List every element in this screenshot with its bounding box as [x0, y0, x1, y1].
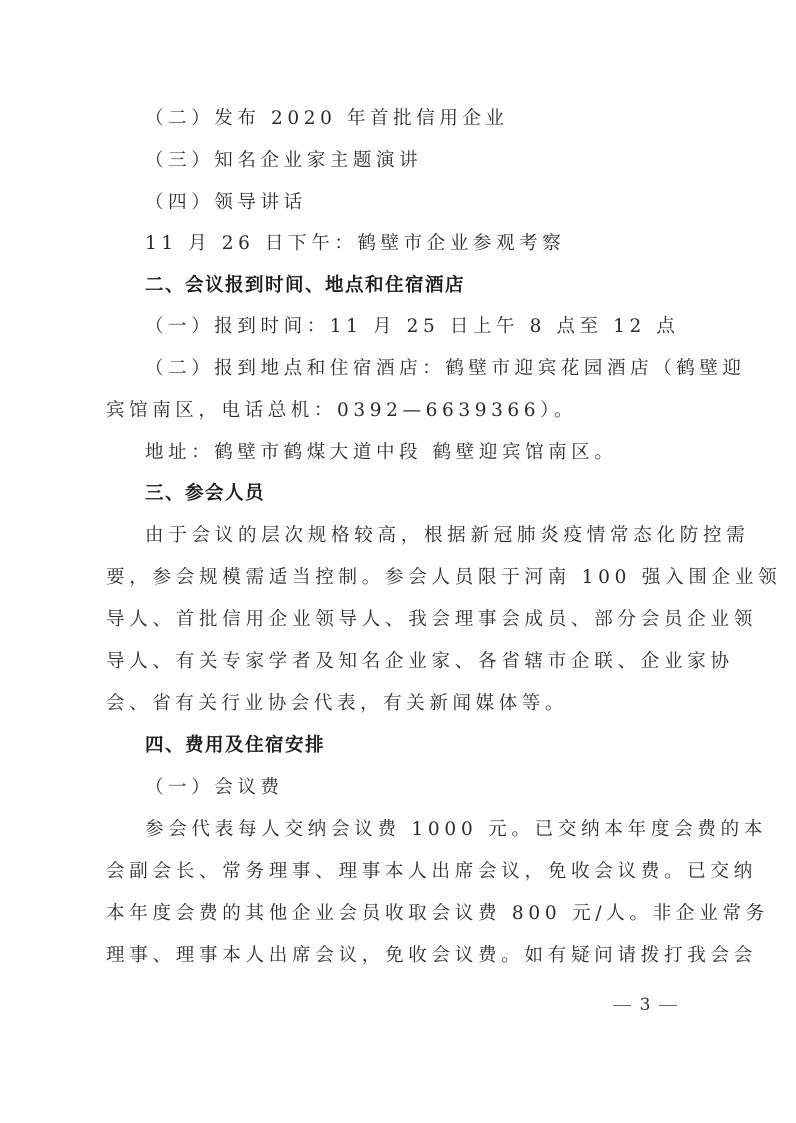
- registration-location-continued: 宾馆南区，电话总机：0392—6639366）。: [106, 396, 692, 426]
- fee-paragraph-line-2: 会副会长、常务理事、理事本人出席会议，免收会议费。已交纳: [106, 857, 692, 887]
- attendees-paragraph-line-1: 由于会议的层次规格较高，根据新冠肺炎疫情常态化防控需: [145, 521, 692, 551]
- page-number-dash-left: [613, 1005, 631, 1006]
- page-number-value: 3: [640, 995, 651, 1015]
- document-page: （二）发布 2020 年首批信用企业 （三）知名企业家主题演讲 （四）领导讲话 …: [0, 0, 796, 1123]
- hotel-address: 地址：鹤壁市鹤煤大道中段 鹤壁迎宾馆南区。: [145, 438, 692, 468]
- section-heading-attendees: 三、参会人员: [145, 479, 692, 509]
- attendees-paragraph-line-4: 导人、有关专家学者及知名企业家、各省辖市企联、企业家协: [106, 647, 692, 677]
- section-heading-fees: 四、费用及住宿安排: [145, 731, 692, 761]
- agenda-item-2: （二）发布 2020 年首批信用企业: [145, 104, 692, 134]
- agenda-afternoon-visit: 11 月 26 日下午：鹤壁市企业参观考察: [145, 229, 692, 259]
- registration-time: （一）报到时间：11 月 25 日上午 8 点至 12 点: [145, 312, 692, 342]
- page-number-dash-right: [659, 1005, 677, 1006]
- page-number: 3: [600, 992, 690, 1018]
- agenda-item-4: （四）领导讲话: [145, 188, 692, 218]
- registration-location: （二）报到地点和住宿酒店：鹤壁市迎宾花园酒店（鹤壁迎: [145, 354, 692, 384]
- section-heading-registration: 二、会议报到时间、地点和住宿酒店: [145, 271, 692, 301]
- attendees-paragraph-line-2: 要，参会规模需适当控制。参会人员限于河南 100 强入围企业领: [106, 563, 692, 593]
- fee-paragraph-line-1: 参会代表每人交纳会议费 1000 元。已交纳本年度会费的本: [145, 815, 692, 845]
- fee-paragraph-line-4: 理事、理事本人出席会议，免收会议费。如有疑问请拨打我会会: [106, 941, 692, 971]
- subheading-meeting-fee: （一）会议费: [145, 773, 692, 803]
- attendees-paragraph-line-3: 导人、首批信用企业领导人、我会理事会成员、部分会员企业领: [106, 605, 692, 635]
- attendees-paragraph-line-5: 会、省有关行业协会代表，有关新闻媒体等。: [106, 689, 692, 719]
- fee-paragraph-line-3: 本年度会费的其他企业会员收取会议费 800 元/人。非企业常务: [106, 899, 692, 929]
- agenda-item-3: （三）知名企业家主题演讲: [145, 146, 692, 176]
